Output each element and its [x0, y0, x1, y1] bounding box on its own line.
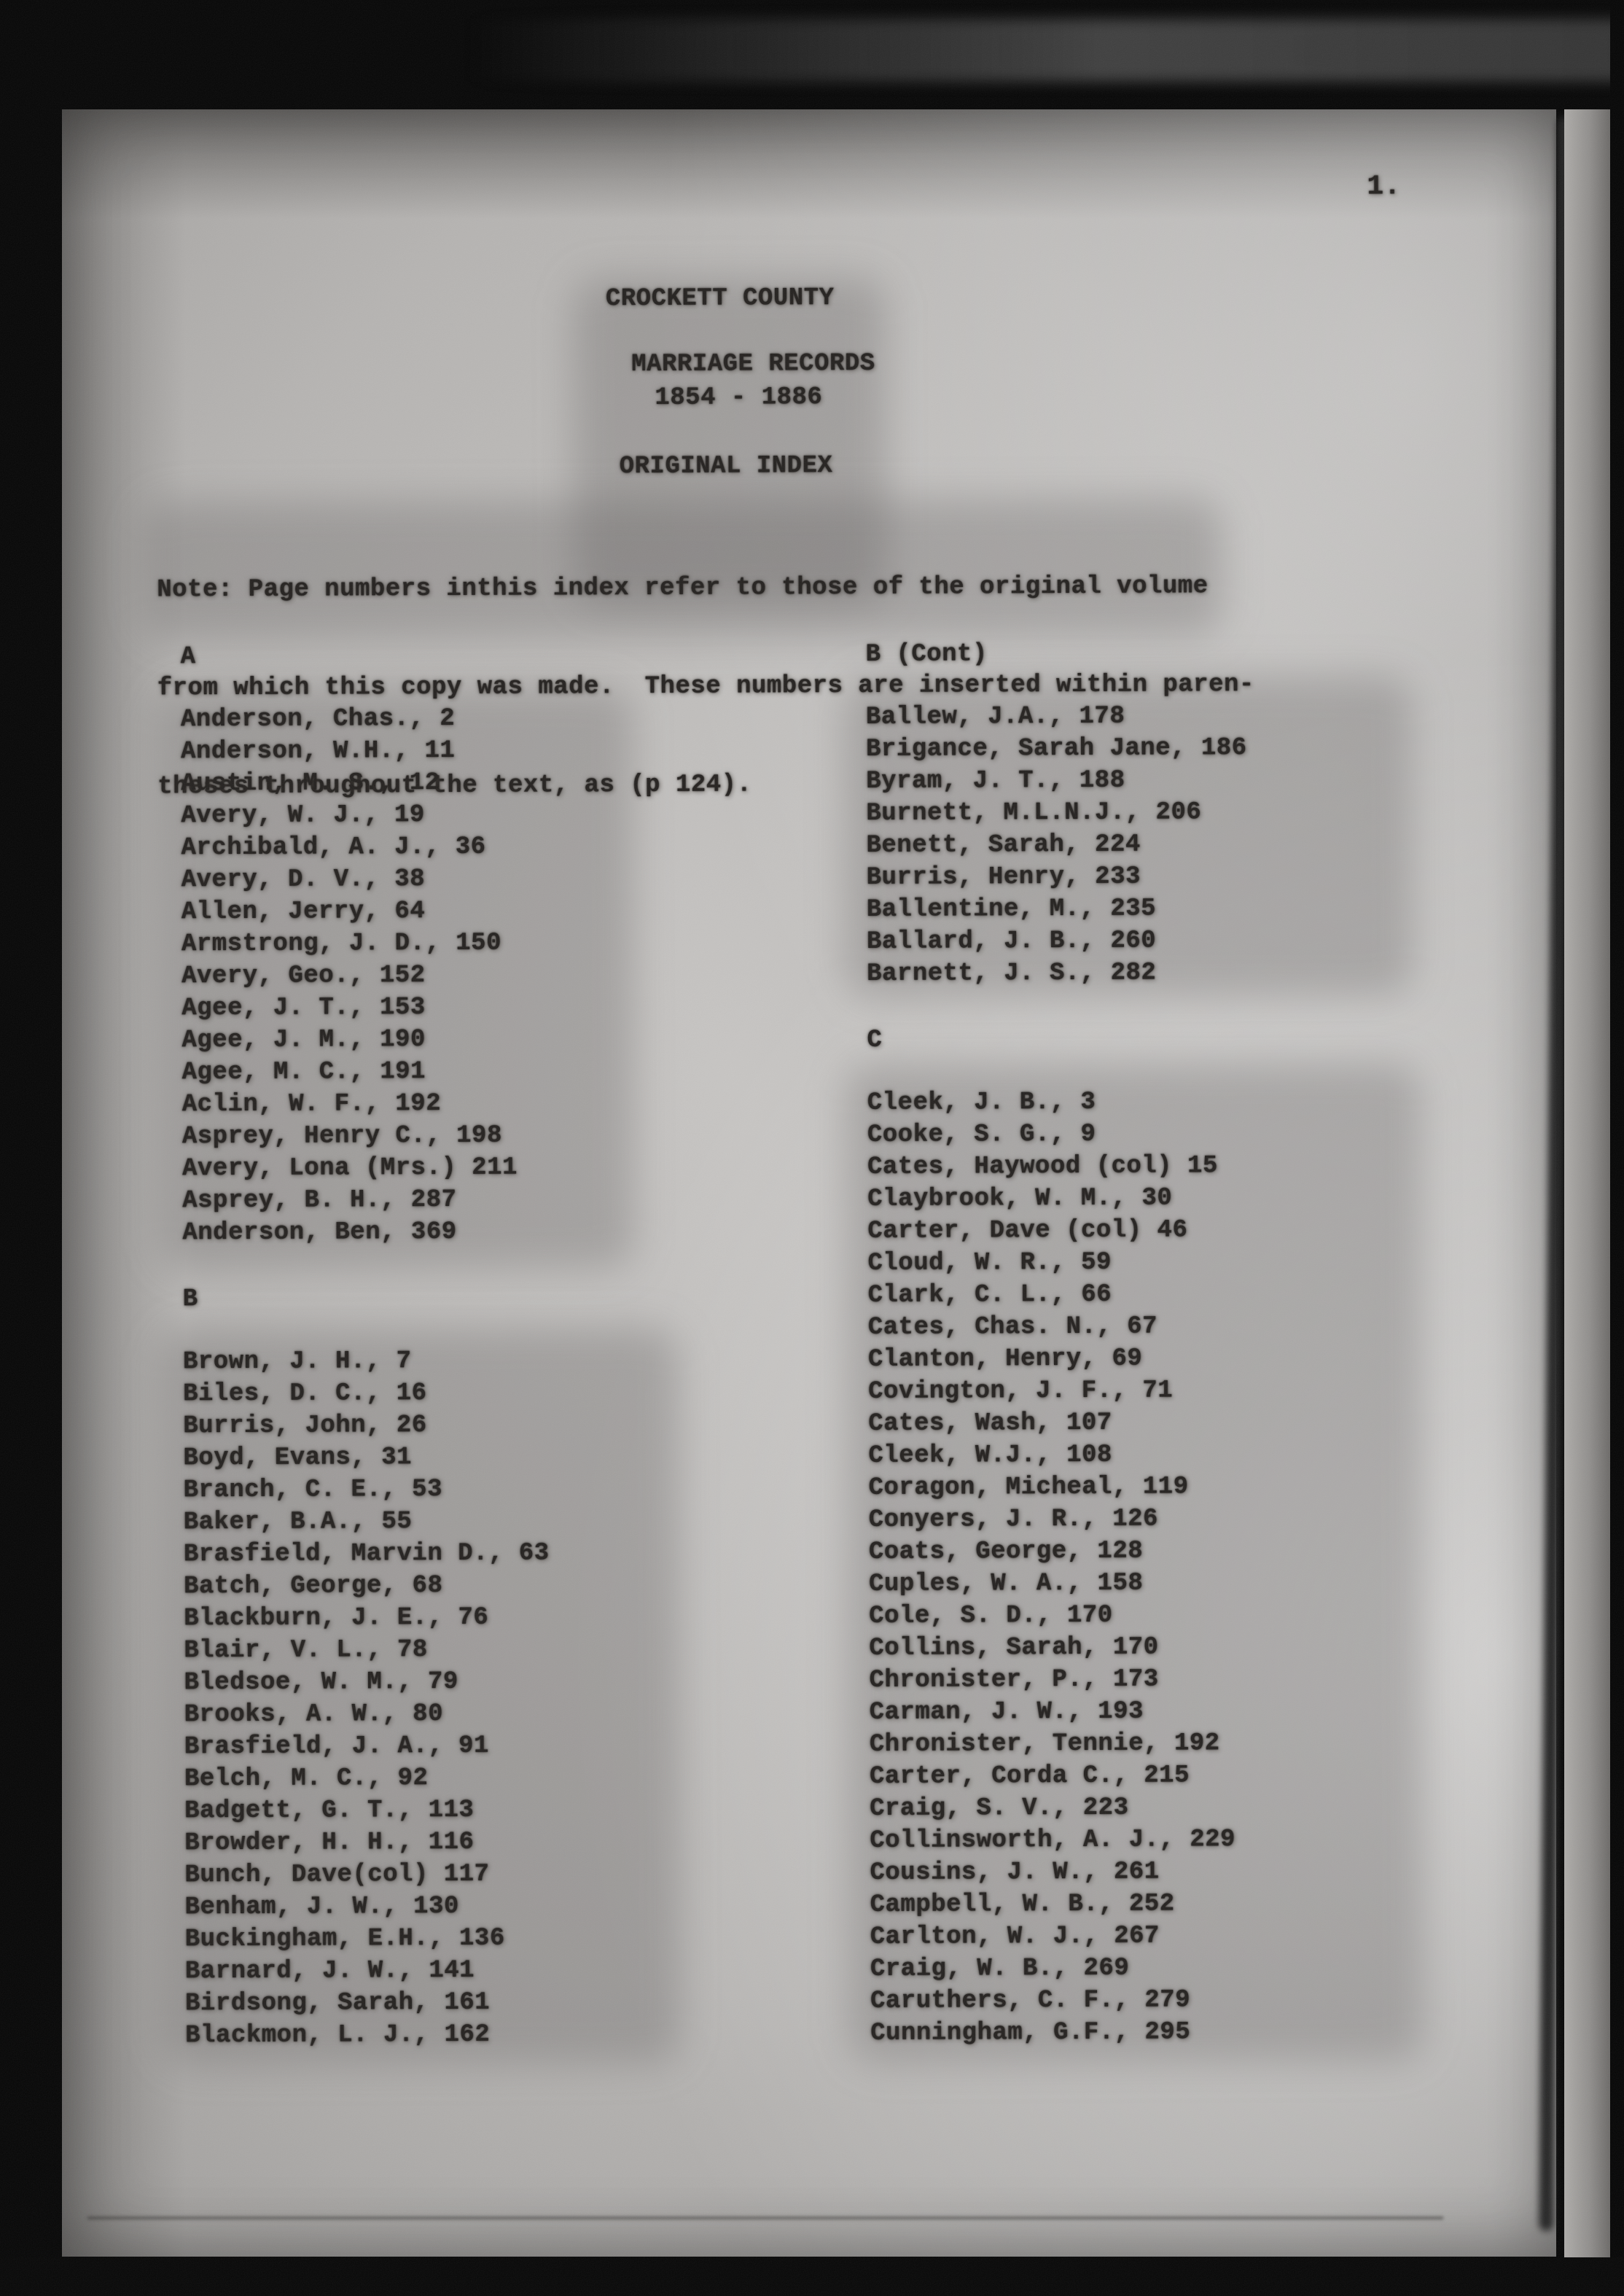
- index-entry: Buckingham, E.H., 136: [185, 1921, 841, 1956]
- page-crease-line: [87, 2217, 1443, 2219]
- index-entry: Brasfield, Marvin D., 63: [184, 1536, 840, 1571]
- index-entry: Chronister, Tennie, 192: [870, 1727, 1526, 1761]
- index-entry: Boyd, Evans, 31: [183, 1440, 839, 1474]
- index-entry: Bledsoe, W. M., 79: [184, 1665, 840, 1699]
- index-entry: Barnett, J. S., 282: [867, 956, 1523, 990]
- index-entry: Branch, C. E., 53: [184, 1472, 840, 1506]
- index-entry: Batch, George, 68: [184, 1568, 840, 1603]
- index-entry: Austin, M. S., 12: [181, 766, 837, 800]
- index-entry: Carter, Corda C., 215: [870, 1759, 1526, 1793]
- index-entry: Armstrong, J. D., 150: [181, 926, 838, 960]
- index-entry: Byram, J. T., 188: [866, 763, 1522, 798]
- document-page: 1. CROCKETT COUNTY MARRIAGE RECORDS 1854…: [62, 109, 1556, 2257]
- index-entry: Burris, Henry, 233: [867, 860, 1523, 894]
- county-title: CROCKETT COUNTY: [606, 282, 835, 315]
- index-entry: Avery, W. J., 19: [181, 798, 837, 832]
- index-entry: Brooks, A. W., 80: [184, 1697, 840, 1731]
- index-entry: Claybrook, W. M., 30: [867, 1181, 1523, 1215]
- index-entry: Avery, D. V., 38: [181, 862, 838, 896]
- index-entry: Browder, H. H., 116: [184, 1825, 840, 1859]
- section-heading: A: [181, 639, 837, 673]
- index-entry: Cunningham, G.F., 295: [870, 2015, 1526, 2050]
- index-entry: Agee, J. T., 153: [181, 990, 838, 1024]
- section-heading: B: [183, 1281, 839, 1315]
- index-entry-list: Anderson, Chas., 2Anderson, W.H., 11Aust…: [181, 701, 839, 1249]
- index-entry-list: Brown, J. H., 7Biles, D. C., 16Burris, J…: [183, 1344, 841, 2052]
- index-entry: Bunch, Dave(col) 117: [184, 1857, 840, 1891]
- index-entry: Brown, J. H., 7: [183, 1344, 839, 1378]
- index-entry: Chronister, P., 173: [869, 1662, 1525, 1697]
- index-entry: Allen, Jerry, 64: [181, 894, 838, 928]
- index-entry: Ballard, J. B., 260: [867, 924, 1523, 958]
- index-entry: Craig, W. B., 269: [870, 1951, 1526, 1985]
- index-entry: Cleek, J. B., 3: [867, 1085, 1523, 1119]
- index-entry: Asprey, B. H., 287: [182, 1183, 838, 1217]
- index-entry-list: Cleek, J. B., 3Cooke, S. G., 9Cates, Hay…: [867, 1085, 1527, 2050]
- index-entry: Blackmon, L. J., 162: [185, 2017, 841, 2052]
- index-entry: Aclin, W. F., 192: [182, 1086, 838, 1121]
- scan-light-band: [466, 19, 1624, 82]
- scanned-document-photo: { "page": { "number_label": "1." }, "hea…: [0, 0, 1624, 2296]
- index-entry: Biles, D. C., 16: [183, 1376, 839, 1410]
- section-heading: C: [867, 1022, 1523, 1056]
- index-entry: Cuples, W. A., 158: [869, 1566, 1525, 1600]
- index-entry: Belch, M. C., 92: [184, 1761, 840, 1795]
- index-entry: Ballentine, M., 235: [867, 892, 1523, 926]
- index-entry: Avery, Lona (Mrs.) 211: [182, 1151, 838, 1185]
- index-entry: Blair, V. L., 78: [184, 1633, 840, 1667]
- index-entry: Carman, J. W., 193: [870, 1694, 1526, 1729]
- index-entry: Covington, J. F., 71: [868, 1374, 1524, 1408]
- index-entry: Barnard, J. W., 141: [185, 1953, 841, 1988]
- index-entry: Craig, S. V., 223: [870, 1791, 1526, 1825]
- index-entry: Agee, J. M., 190: [181, 1022, 838, 1056]
- index-entry: Burris, John, 26: [183, 1408, 839, 1442]
- index-entry: Cousins, J. W., 261: [870, 1855, 1526, 1889]
- index-entry: Cleek, W.J., 108: [868, 1438, 1524, 1472]
- index-entry: Brasfield, J. A., 91: [184, 1729, 840, 1763]
- index-left-column: AAnderson, Chas., 2Anderson, W.H., 11Aus…: [181, 639, 842, 2052]
- index-entry: Avery, Geo., 152: [181, 958, 838, 992]
- index-entry: Burnett, M.L.N.J., 206: [866, 795, 1522, 830]
- index-entry: Anderson, Ben, 369: [182, 1215, 838, 1249]
- photo-border-bottom: [0, 2257, 1624, 2296]
- photo-border-right: [1610, 0, 1624, 2296]
- index-entry: Cates, Chas. N., 67: [868, 1310, 1524, 1344]
- index-entry: Blackburn, J. E., 76: [184, 1600, 840, 1635]
- index-entry: Coats, George, 128: [869, 1534, 1525, 1568]
- index-entry-list: Ballew, J.A., 178Brigance, Sarah Jane, 1…: [866, 699, 1523, 990]
- index-entry: Cates, Haywood (col) 15: [867, 1149, 1523, 1183]
- section-heading: B (Cont): [866, 637, 1522, 671]
- index-entry: Anderson, Chas., 2: [181, 701, 837, 736]
- index-entry: Campbell, W. B., 252: [870, 1887, 1526, 1921]
- adjacent-page-edge: [1564, 109, 1611, 2268]
- index-entry: Conyers, J. R., 126: [869, 1502, 1525, 1536]
- index-entry: Cloud, W. R., 59: [867, 1245, 1523, 1280]
- index-entry: Clark, C. L., 66: [868, 1277, 1524, 1312]
- index-entry: Carter, Dave (col) 46: [867, 1213, 1523, 1248]
- index-entry: Benett, Sarah, 224: [866, 828, 1522, 862]
- index-entry: Asprey, Henry C., 198: [182, 1118, 838, 1153]
- index-entry: Carlton, W. J., 267: [870, 1919, 1526, 1953]
- index-entry: Benham, J. W., 130: [185, 1889, 841, 1923]
- index-entry: Clanton, Henry, 69: [868, 1342, 1524, 1376]
- date-range: 1854 - 1886: [655, 381, 822, 414]
- records-title: MARRIAGE RECORDS: [631, 348, 875, 381]
- index-entry: Caruthers, C. F., 279: [870, 1983, 1526, 2017]
- page-content: 1. CROCKETT COUNTY MARRIAGE RECORDS 1854…: [62, 106, 1564, 2259]
- index-entry: Cooke, S. G., 9: [867, 1117, 1523, 1151]
- page-number: 1.: [1367, 171, 1401, 203]
- index-entry: Badgett, G. T., 113: [184, 1793, 840, 1827]
- index-entry: Brigance, Sarah Jane, 186: [866, 731, 1522, 766]
- index-entry: Baker, B.A., 55: [184, 1504, 840, 1538]
- index-entry: Agee, M. C., 191: [182, 1054, 838, 1089]
- index-entry: Cates, Wash, 107: [868, 1406, 1524, 1440]
- index-entry: Archibald, A. J., 36: [181, 830, 837, 864]
- note-line: Note: Page numbers inthis index refer to…: [157, 569, 1254, 607]
- index-entry: Anderson, W.H., 11: [181, 733, 837, 768]
- index-entry: Cole, S. D., 170: [869, 1598, 1525, 1633]
- index-entry: Birdsong, Sarah, 161: [185, 1985, 841, 2020]
- index-entry: Collins, Sarah, 170: [869, 1630, 1525, 1665]
- index-entry: Ballew, J.A., 178: [866, 699, 1522, 733]
- index-right-column: B (Cont)Ballew, J.A., 178Brigance, Sarah…: [866, 637, 1527, 2050]
- index-entry: Collinsworth, A. J., 229: [870, 1823, 1526, 1857]
- index-title: ORIGINAL INDEX: [620, 450, 833, 483]
- index-entry: Coragon, Micheal, 119: [869, 1470, 1525, 1504]
